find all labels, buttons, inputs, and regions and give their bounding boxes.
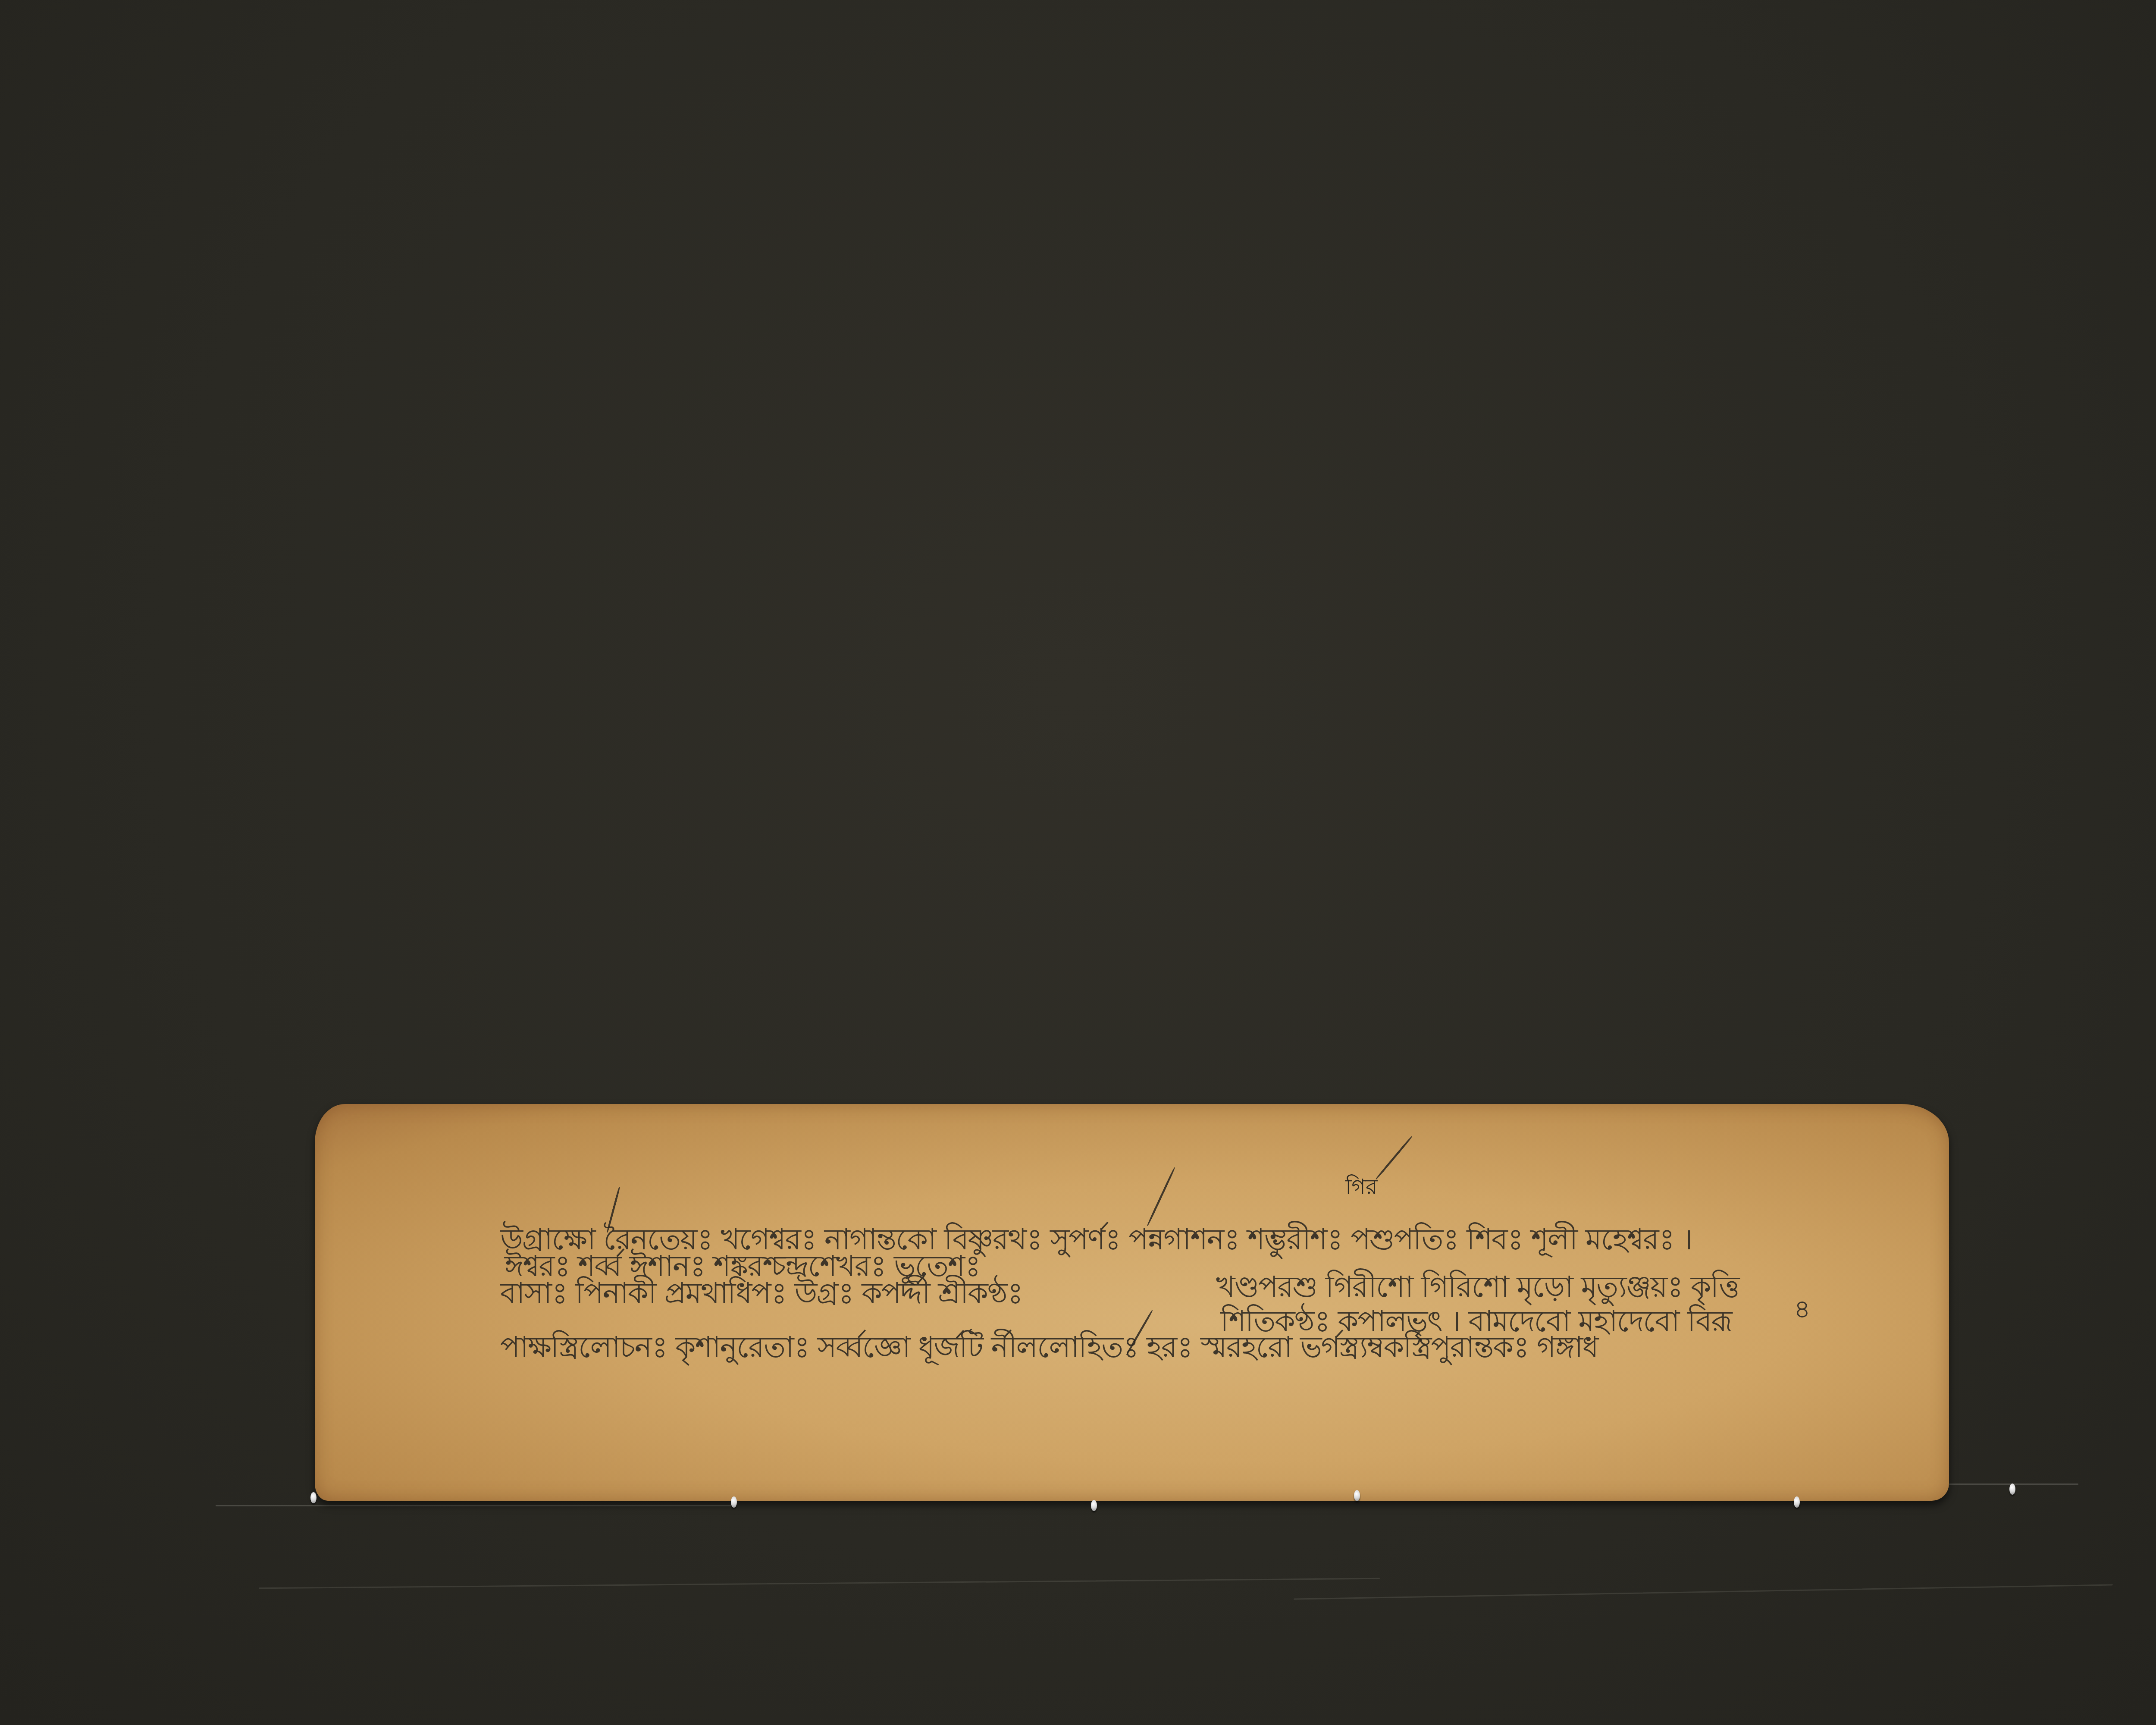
guide-thread bbox=[1294, 1584, 2113, 1600]
guide-thread bbox=[259, 1578, 1380, 1589]
mounting-pin bbox=[2009, 1483, 2015, 1495]
mounting-pin bbox=[1091, 1500, 1097, 1511]
guide-thread bbox=[216, 1505, 733, 1506]
text-line-4: বাসাঃ পিনাকী প্রমথাধিপঃ উগ্রঃ কপর্দ্দী শ… bbox=[500, 1274, 1022, 1313]
mounting-pin bbox=[731, 1496, 737, 1508]
text-line-3: খণ্ডপরশু গিরীশো গিরিশো মৃড়ো মৃত্যুঞ্জয়… bbox=[1216, 1268, 1739, 1307]
mounting-pin bbox=[1794, 1496, 1800, 1508]
margin-note: গির bbox=[1345, 1171, 1378, 1207]
mounting-pin bbox=[1354, 1490, 1360, 1501]
folio-number: ৪ bbox=[1794, 1289, 1811, 1333]
text-line-6: পাক্ষস্ত্রিলোচনঃ কৃশানুরেতাঃ সর্ব্বজ্ঞো … bbox=[500, 1328, 1598, 1367]
mounting-pin bbox=[310, 1492, 317, 1503]
